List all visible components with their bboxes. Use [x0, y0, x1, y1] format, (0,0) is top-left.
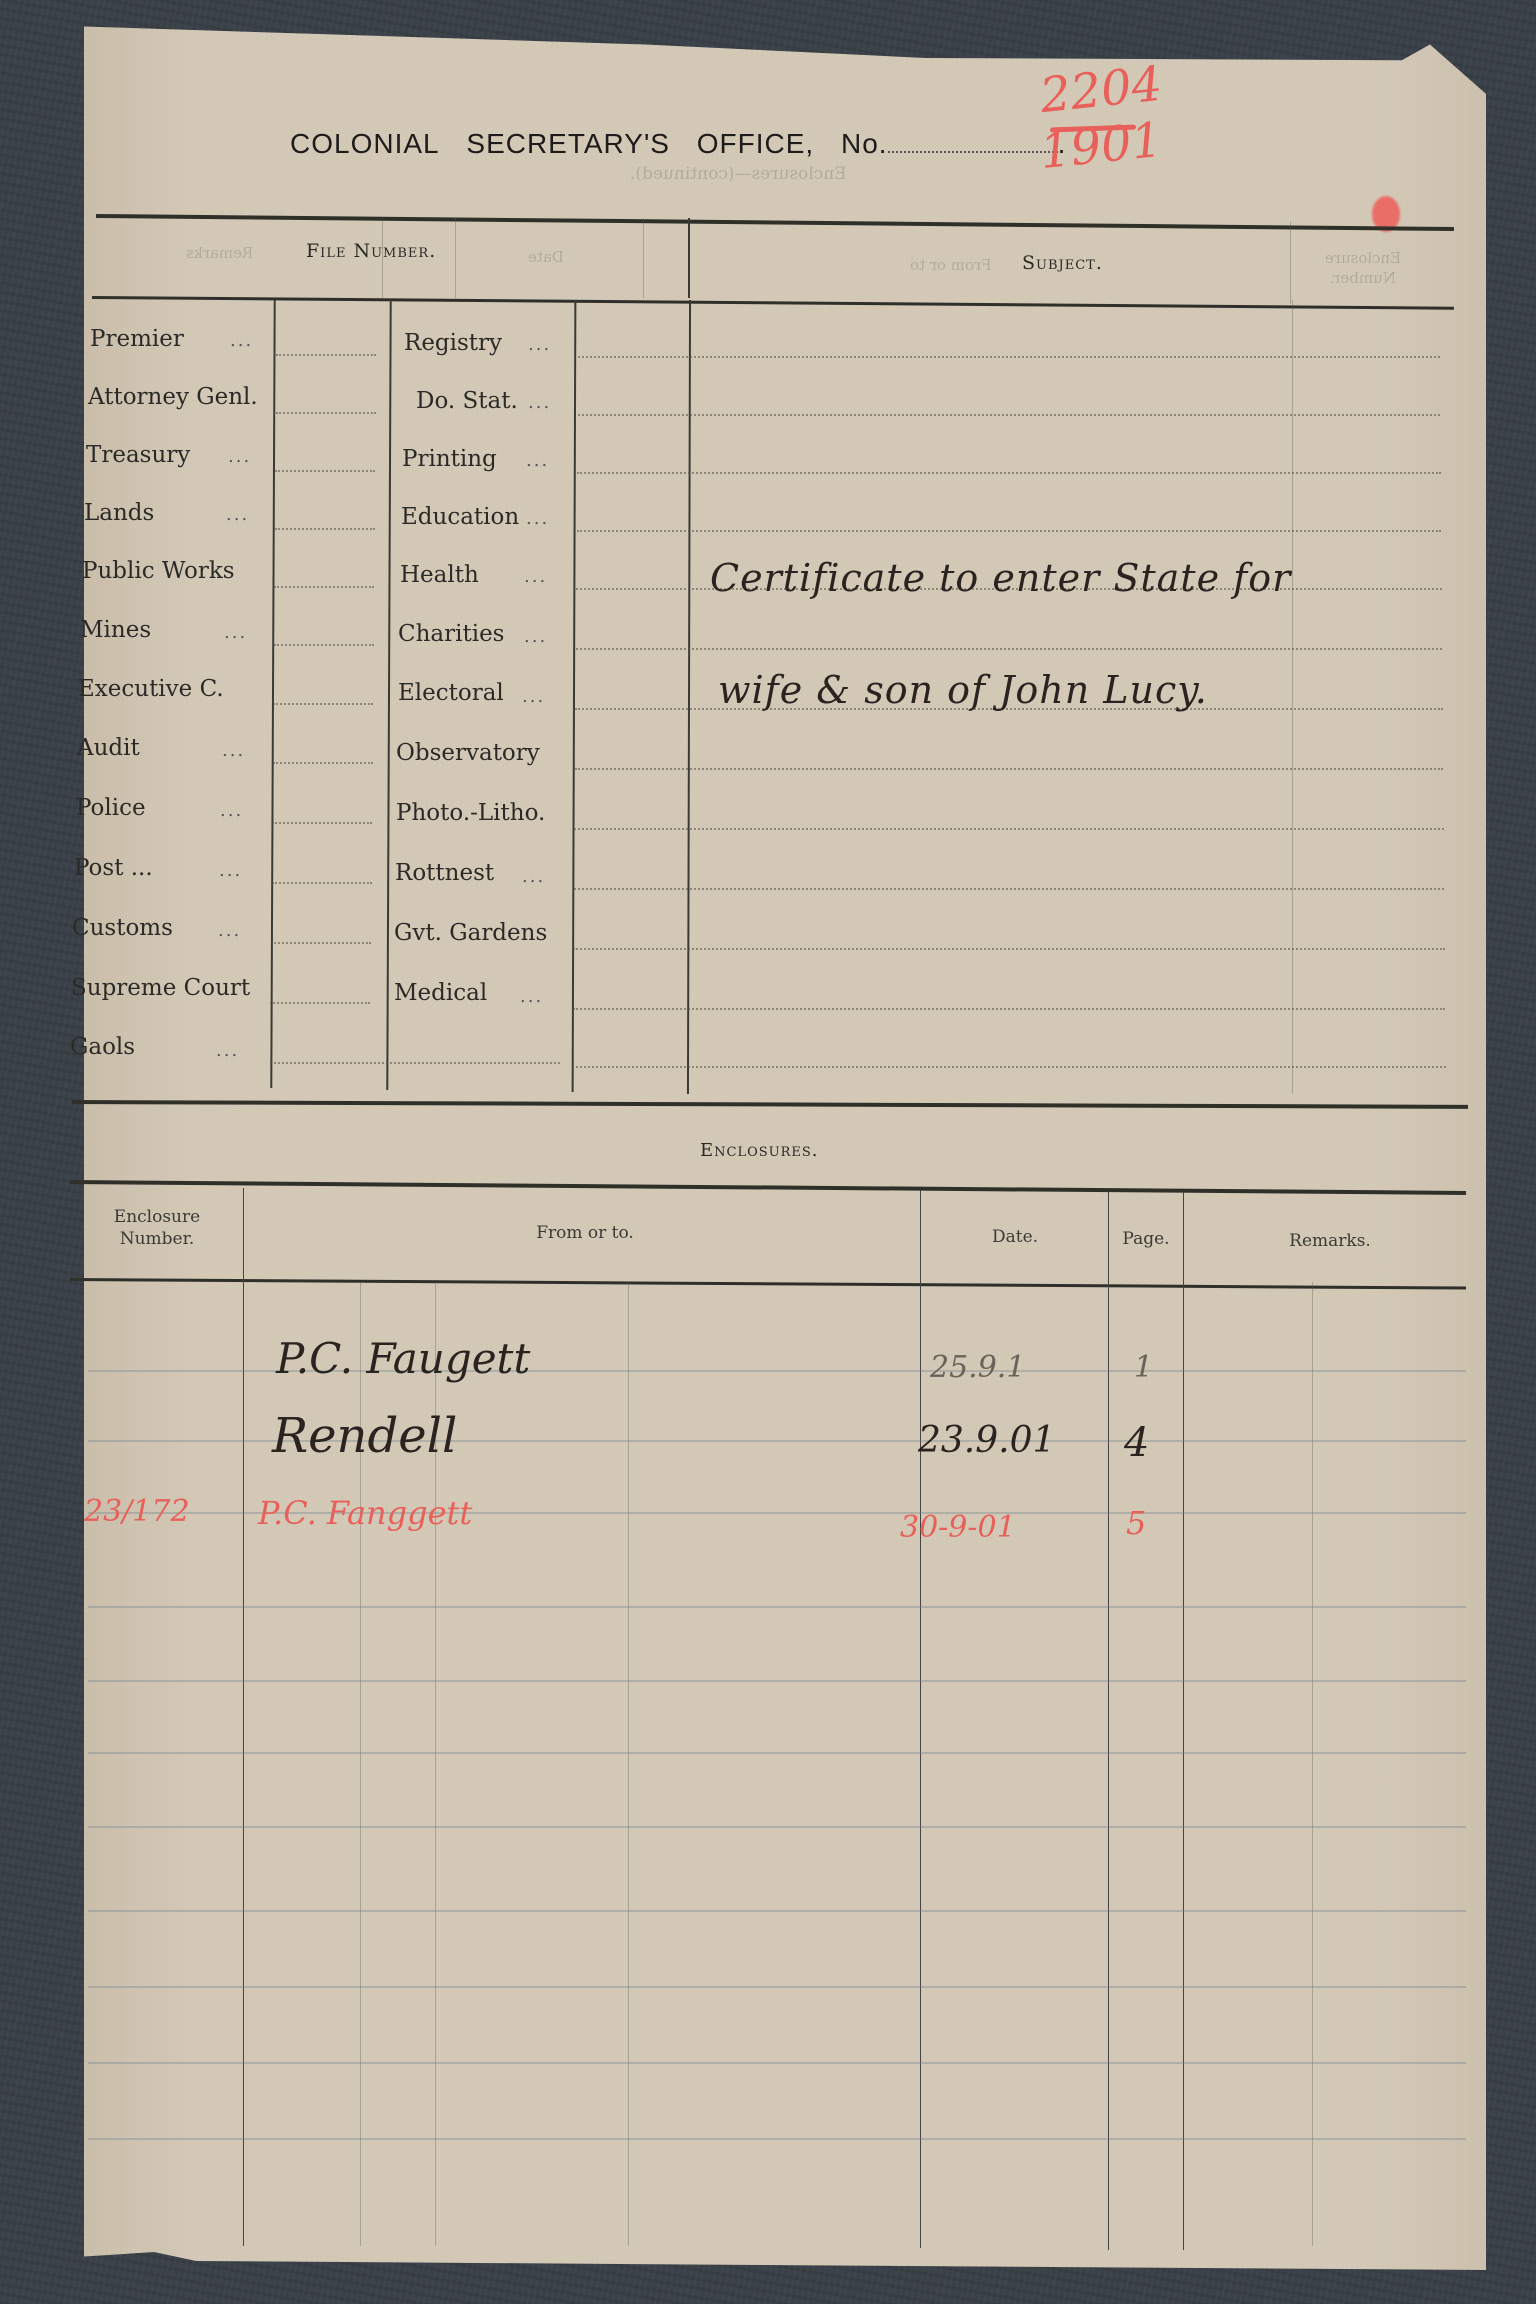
page-title: COLONIAL SECRETARY'S OFFICE, No.. — [290, 128, 1066, 160]
title-word: OFFICE, — [697, 128, 814, 159]
row-rule — [88, 1752, 1466, 1754]
row-rule — [577, 530, 1441, 532]
ghost-enclosure-number: Enclosure Number. — [1318, 248, 1408, 288]
row-rule — [270, 1062, 560, 1064]
column-faint-line — [1292, 300, 1293, 1094]
subject-header: Subject. — [1022, 252, 1103, 274]
enclosure-page: 4 — [1124, 1420, 1149, 1466]
leader-dots: ... — [528, 392, 551, 413]
dept-label: Supreme Court — [71, 975, 250, 1001]
col-header-remarks: Remarks. — [1200, 1230, 1460, 1252]
leader-dots: ... — [528, 334, 551, 355]
leader-dots: ... — [218, 920, 241, 941]
row-rule — [578, 356, 1440, 358]
row-rule — [272, 822, 372, 824]
enclosure-date: 23.9.01 — [918, 1420, 1055, 1461]
enclosure-page: 5 — [1126, 1504, 1146, 1542]
dept-label: Observatory — [396, 740, 540, 766]
leader-dots: ... — [522, 686, 545, 707]
dept-label: Police — [76, 795, 146, 821]
enclosure-from-or-to: Rendell — [272, 1408, 457, 1464]
enclosure-date: 25.9.1 — [930, 1350, 1025, 1385]
dept-label: Health — [400, 562, 479, 588]
title-word: SECRETARY'S — [466, 128, 670, 159]
row-rule — [274, 586, 374, 588]
ghost-date: Date — [528, 248, 564, 266]
bleedthrough-text: Enclosures—(continued). — [630, 164, 847, 184]
leader-dots: ... — [224, 622, 247, 643]
row-rule — [577, 472, 1441, 474]
dept-label: Medical — [394, 980, 487, 1006]
col-header-date: Date. — [950, 1226, 1080, 1248]
dept-label: Registry — [404, 330, 502, 356]
row-rule — [271, 942, 371, 944]
enclosure-column-line — [1108, 1192, 1109, 2250]
row-rule — [573, 1008, 1445, 1010]
leader-dots: ... — [230, 330, 253, 351]
enclosure-date: 30-9-01 — [900, 1510, 1016, 1545]
row-rule — [88, 2062, 1466, 2064]
dept-label: Do. Stat. — [416, 388, 518, 414]
dept-label: Rottnest — [395, 860, 494, 886]
row-rule — [573, 948, 1445, 950]
number-dotted-line — [888, 151, 1058, 153]
leader-dots: ... — [222, 740, 245, 761]
leader-dots: ... — [524, 626, 547, 647]
leader-dots: ... — [520, 986, 543, 1007]
leader-dots: ... — [522, 866, 545, 887]
dept-label: Gvt. Gardens — [394, 920, 547, 946]
row-rule — [88, 1606, 1466, 1608]
title-word: COLONIAL — [290, 128, 440, 159]
leader-dots: ... — [220, 800, 243, 821]
row-rule — [276, 354, 376, 356]
enclosure-number: 23/172 — [84, 1494, 190, 1529]
row-rule — [574, 828, 1444, 830]
row-rule — [275, 470, 375, 472]
row-rule — [274, 644, 374, 646]
dept-label: Mines — [80, 617, 151, 643]
subject-line-1: Certificate to enter State for — [710, 556, 1291, 600]
row-rule — [275, 528, 375, 530]
dept-label: Public Works — [82, 558, 235, 584]
dept-label: Electoral — [398, 680, 504, 706]
subject-line-2: wife & son of John Lucy. — [718, 668, 1208, 712]
dept-label: Executive C. — [78, 676, 224, 702]
leader-dots: ... — [216, 1040, 239, 1061]
row-rule — [272, 882, 372, 884]
enclosure-from-or-to: P.C. Faugett — [276, 1334, 530, 1383]
faint-column-line — [1312, 1282, 1313, 2246]
dept-label: Gaols — [70, 1034, 135, 1060]
col-header-from-or-to: From or to. — [420, 1222, 750, 1244]
dept-label: Audit — [77, 735, 140, 761]
title-word: No. — [841, 128, 888, 159]
row-rule — [572, 1066, 1446, 1068]
header-faint-divider — [643, 218, 644, 298]
row-rule — [574, 888, 1444, 890]
leader-dots: ... — [524, 566, 547, 587]
row-rule — [88, 1986, 1466, 1988]
dept-label: Education — [401, 504, 519, 530]
dept-label: Lands — [84, 500, 154, 526]
dept-label: Charities — [398, 621, 505, 647]
row-rule — [88, 1680, 1466, 1682]
row-rule — [273, 703, 373, 705]
row-rule — [273, 762, 373, 764]
row-rule — [88, 2138, 1466, 2140]
header-faint-divider — [1290, 222, 1291, 304]
leader-dots: ... — [526, 450, 549, 471]
leader-dots: ... — [226, 504, 249, 525]
enclosures-title: Enclosures. — [700, 1140, 819, 1161]
header-faint-divider — [455, 218, 456, 298]
row-rule — [276, 412, 376, 414]
enclosure-column-line — [1183, 1192, 1184, 2250]
dept-label: Premier — [90, 326, 184, 352]
file-number-header: File Number. — [306, 240, 436, 262]
row-rule — [270, 1002, 370, 1004]
row-rule — [88, 1910, 1466, 1912]
dept-label: Treasury — [86, 442, 190, 468]
row-rule — [575, 768, 1443, 770]
dept-label: Photo.-Litho. — [396, 800, 545, 826]
enclosure-from-or-to: P.C. Fanggett — [258, 1494, 472, 1532]
ghost-remarks: Remarks — [186, 244, 253, 262]
leader-dots: ... — [526, 508, 549, 529]
dept-label: Attorney Genl. — [88, 384, 258, 410]
dept-label: Post ... — [74, 855, 153, 881]
row-rule — [578, 414, 1440, 416]
dept-label: Printing — [402, 446, 497, 472]
leader-dots: ... — [228, 446, 251, 467]
row-rule — [576, 648, 1442, 650]
dept-label: Customs — [72, 915, 173, 941]
enclosure-column-line — [920, 1190, 921, 2248]
leader-dots: ... — [219, 860, 242, 881]
ghost-from-or-to: From or to — [910, 256, 992, 274]
col-header-page: Page. — [1108, 1228, 1184, 1250]
header-divider — [688, 218, 690, 298]
col-header-enclosure-number: Enclosure Number. — [92, 1206, 222, 1250]
enclosure-page: 1 — [1134, 1350, 1153, 1385]
row-rule — [88, 1826, 1466, 1828]
faint-column-line — [628, 1282, 629, 2246]
enclosure-column-line — [243, 1188, 244, 2246]
